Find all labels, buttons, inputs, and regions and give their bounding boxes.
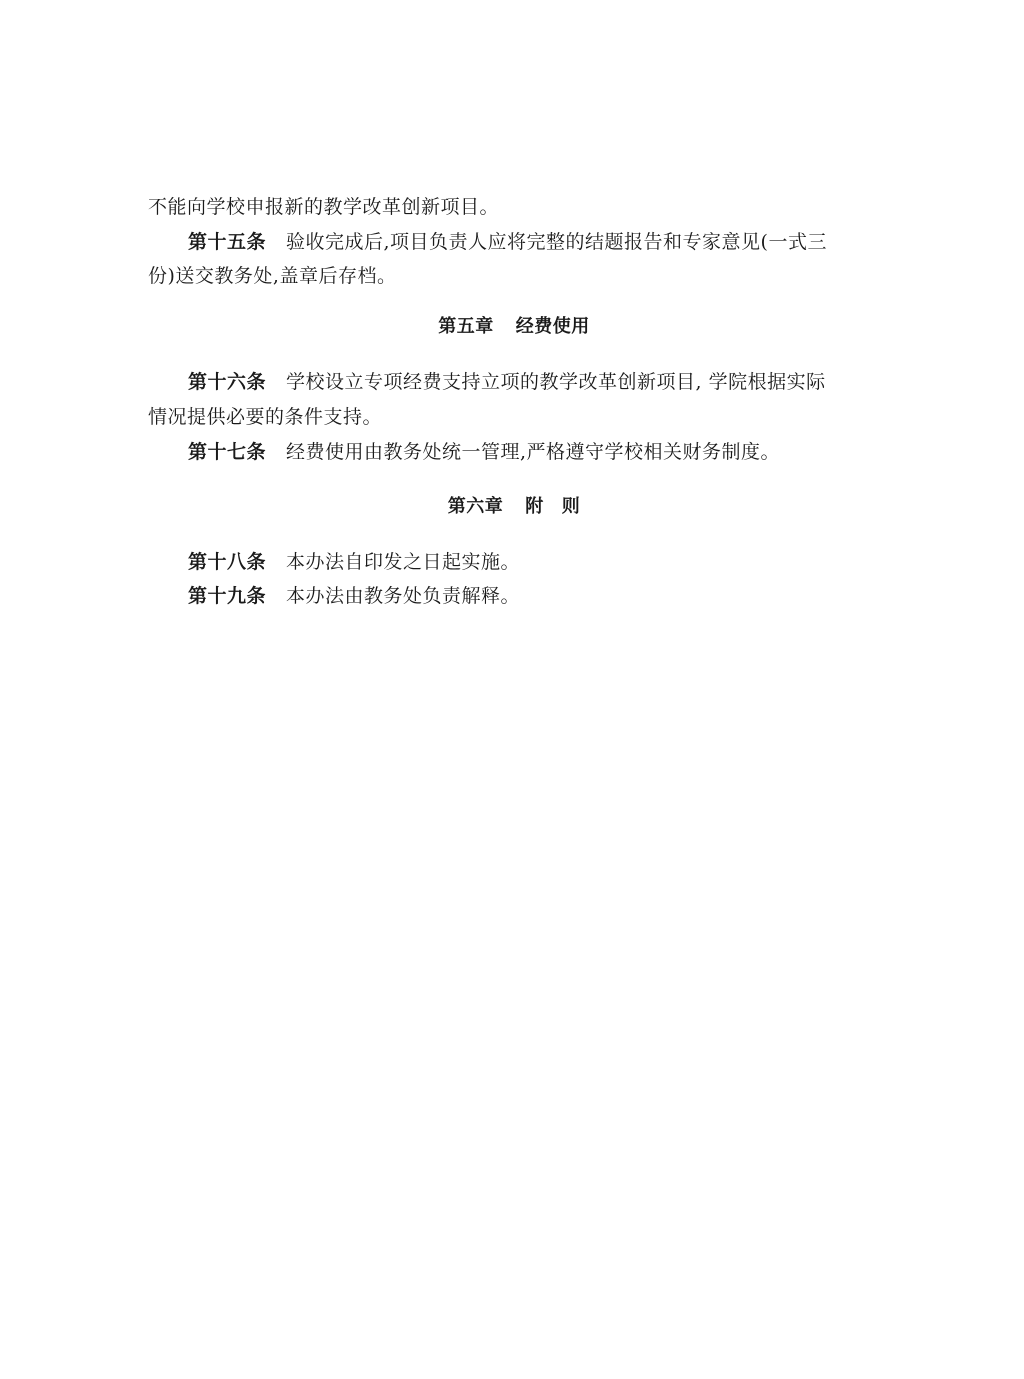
article-15-text-line1: 验收完成后,项目负责人应将完整的结题报告和专家意见(一式三 xyxy=(286,231,827,253)
continued-paragraph: 不能向学校申报新的教学改革创新项目。 xyxy=(148,195,880,219)
chapter-6-title-part1: 附 xyxy=(525,496,544,517)
article-18: 第十八条本办法自印发之日起实施。 xyxy=(148,550,920,574)
article-16-number: 第十六条 xyxy=(188,371,266,393)
article-16-continuation: 情况提供必要的条件支持。 xyxy=(148,405,880,429)
article-19-text: 本办法由教务处负责解释。 xyxy=(286,585,520,607)
chapter-5-heading: 第五章经费使用 xyxy=(148,315,880,339)
article-19: 第十九条本办法由教务处负责解释。 xyxy=(148,584,920,608)
article-17-number: 第十七条 xyxy=(188,441,266,463)
article-17-text: 经费使用由教务处统一管理,严格遵守学校相关财务制度。 xyxy=(286,441,780,463)
article-15: 第十五条验收完成后,项目负责人应将完整的结题报告和专家意见(一式三 xyxy=(148,230,920,254)
article-18-number: 第十八条 xyxy=(188,551,266,573)
article-17: 第十七条经费使用由教务处统一管理,严格遵守学校相关财务制度。 xyxy=(148,440,920,464)
chapter-5-number: 第五章 xyxy=(438,316,494,337)
chapter-5-title: 经费使用 xyxy=(516,316,590,337)
article-15-continuation: 份)送交教务处,盖章后存档。 xyxy=(148,264,880,288)
article-16: 第十六条学校设立专项经费支持立项的教学改革创新项目, 学院根据实际 xyxy=(148,370,920,394)
chapter-6-heading: 第六章附则 xyxy=(148,495,880,519)
chapter-6-title-part2: 则 xyxy=(562,496,581,517)
article-16-text-line1: 学校设立专项经费支持立项的教学改革创新项目, 学院根据实际 xyxy=(286,371,826,393)
article-18-text: 本办法自印发之日起实施。 xyxy=(286,551,520,573)
article-15-number: 第十五条 xyxy=(188,231,266,253)
article-19-number: 第十九条 xyxy=(188,585,266,607)
chapter-6-number: 第六章 xyxy=(448,496,504,517)
